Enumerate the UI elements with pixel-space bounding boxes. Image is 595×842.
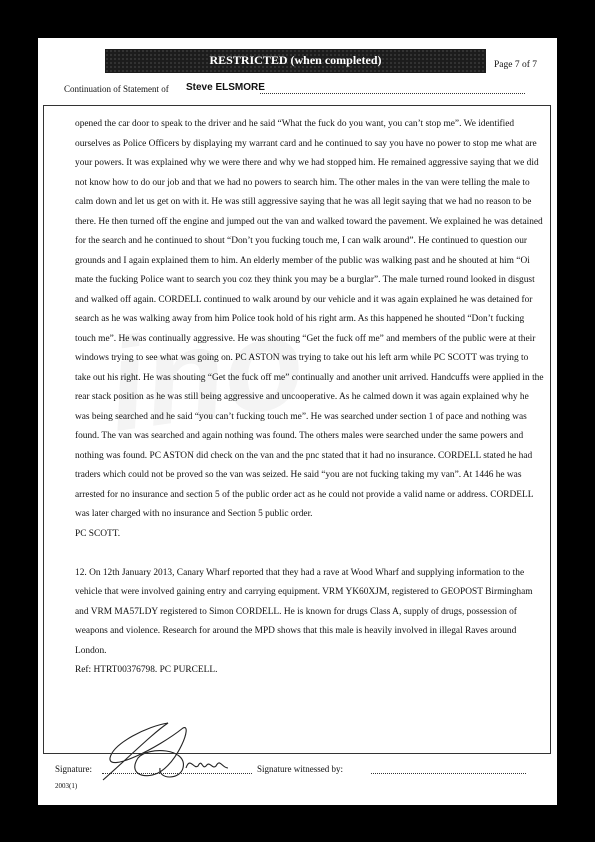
page-number: Page 7 of 7 (494, 60, 537, 70)
signature-label: Signature: (55, 764, 92, 774)
statement-name: Steve ELSMORE (186, 82, 265, 93)
witness-label: Signature witnessed by: (257, 764, 343, 774)
signoff: PC SCOTT. (75, 525, 545, 545)
name-dotted-line (260, 93, 525, 94)
statement-paragraph: 12. On 12th January 2013, Canary Wharf r… (75, 564, 545, 662)
form-number: 2003(1) (55, 782, 77, 790)
statement-paragraph: opened the car door to speak to the driv… (75, 115, 545, 525)
continuation-label: Continuation of Statement of (64, 84, 169, 94)
statement-page: ino RESTRICTED (when completed) Page 7 o… (38, 38, 557, 805)
statement-body: opened the car door to speak to the driv… (75, 115, 545, 681)
restricted-banner: RESTRICTED (when completed) (105, 49, 486, 73)
witness-signature-line (371, 773, 526, 774)
signoff: Ref: HTRT00376798. PC PURCELL. (75, 661, 545, 681)
